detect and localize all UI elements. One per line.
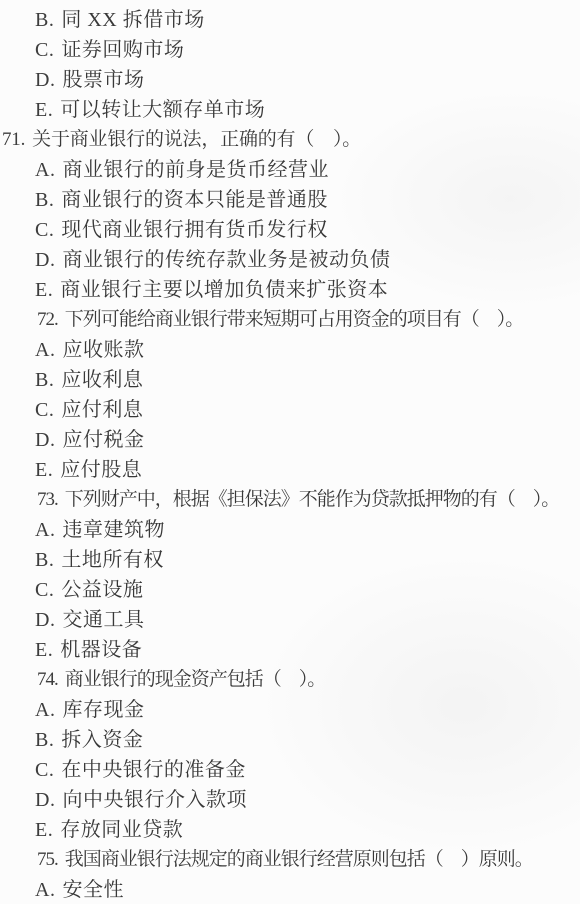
question-text: 下列可能给商业银行带来短期可占用资金的项目有（ ）。 [65, 309, 524, 330]
option-text: 应收利息 [61, 369, 143, 391]
option-text: 应收账款 [62, 339, 144, 361]
q74-option-C: C.在中央银行的准备金 [0, 755, 580, 785]
question-72-stem: 72.下列可能给商业银行带来短期可占用资金的项目有（ ）。 [0, 305, 580, 335]
question-number: 72. [37, 309, 58, 330]
q71-option-E: E.商业银行主要以增加负债来扩张资本 [0, 275, 580, 305]
q71-option-B: B.商业银行的资本只能是普通股 [0, 185, 580, 215]
option-label: B. [35, 369, 54, 391]
q73-option-C: C.公益设施 [0, 575, 580, 605]
option-text: 现代商业银行拥有货币发行权 [61, 219, 328, 241]
option-text: 库存现金 [62, 699, 144, 721]
option-label: E. [35, 459, 53, 481]
option-text: 违章建筑物 [62, 519, 165, 541]
question-number: 73. [37, 489, 58, 510]
option-label: B. [35, 729, 54, 751]
question-number: 71. [2, 129, 25, 150]
question-number: 74. [37, 669, 58, 690]
option-text: 存放同业贷款 [60, 819, 183, 841]
option-label: A. [35, 879, 55, 901]
option-text: 商业银行的传统存款业务是被动负债 [62, 249, 390, 271]
option-label: C. [35, 39, 54, 61]
option-text: 应付利息 [61, 399, 143, 421]
option-text: 向中央银行介入款项 [62, 789, 247, 811]
q74-option-B: B.拆入资金 [0, 725, 580, 755]
q71-option-A: A.商业银行的前身是货币经营业 [0, 155, 580, 185]
option-text: 交通工具 [62, 609, 144, 631]
q70-option-E: E.可以转让大额存单市场 [0, 95, 580, 125]
question-74-stem: 74.商业银行的现金资产包括（ ）。 [0, 665, 580, 695]
option-label: A. [35, 699, 55, 721]
option-label: E. [35, 279, 53, 301]
option-text: 在中央银行的准备金 [61, 759, 246, 781]
option-label: E. [35, 99, 53, 121]
q72-option-B: B.应收利息 [0, 365, 580, 395]
option-label: A. [35, 519, 55, 541]
question-text: 关于商业银行的说法，正确的有（ ）。 [32, 129, 361, 150]
option-text: 商业银行的资本只能是普通股 [61, 189, 328, 211]
option-text: 土地所有权 [61, 549, 164, 571]
option-label: E. [35, 819, 53, 841]
q74-option-E: E.存放同业贷款 [0, 815, 580, 845]
question-text: 下列财产中，根据《担保法》不能作为贷款抵押物的有（ ）。 [65, 489, 560, 510]
question-text: 商业银行的现金资产包括（ ）。 [65, 669, 326, 690]
option-label: D. [35, 249, 55, 271]
question-number: 75. [37, 849, 58, 870]
q73-option-B: B.土地所有权 [0, 545, 580, 575]
question-text: 我国商业银行法规定的商业银行经营原则包括（ ）原则。 [65, 849, 533, 870]
option-label: C. [35, 399, 54, 421]
option-label: D. [35, 789, 55, 811]
option-label: C. [35, 759, 54, 781]
question-75-stem: 75.我国商业银行法规定的商业银行经营原则包括（ ）原则。 [0, 845, 580, 875]
q71-option-D: D.商业银行的传统存款业务是被动负债 [0, 245, 580, 275]
q73-option-E: E.机器设备 [0, 635, 580, 665]
option-text: 公益设施 [61, 579, 143, 601]
option-label: A. [35, 159, 55, 181]
question-73-stem: 73.下列财产中，根据《担保法》不能作为贷款抵押物的有（ ）。 [0, 485, 580, 515]
option-text: 应付股息 [60, 459, 142, 481]
option-text: 证券回购市场 [61, 39, 184, 61]
q72-option-D: D.应付税金 [0, 425, 580, 455]
option-label: D. [35, 429, 55, 451]
q72-option-E: E.应付股息 [0, 455, 580, 485]
option-label: D. [35, 609, 55, 631]
option-label: D. [35, 69, 55, 91]
q70-option-D: D.股票市场 [0, 65, 580, 95]
option-text: 安全性 [62, 879, 124, 901]
q72-option-C: C.应付利息 [0, 395, 580, 425]
q74-option-D: D.向中央银行介入款项 [0, 785, 580, 815]
option-text: 商业银行主要以增加负债来扩张资本 [60, 279, 388, 301]
option-label: B. [35, 9, 54, 31]
option-text: 可以转让大额存单市场 [60, 99, 265, 121]
exam-page: B.同 XX 拆借市场 C.证券回购市场 D.股票市场 E.可以转让大额存单市场… [0, 0, 580, 904]
option-text: 拆入资金 [61, 729, 143, 751]
option-text: 同 XX 拆借市场 [61, 9, 204, 31]
q73-option-D: D.交通工具 [0, 605, 580, 635]
option-label: C. [35, 219, 54, 241]
option-text: 商业银行的前身是货币经营业 [62, 159, 329, 181]
question-71-stem: 71.关于商业银行的说法，正确的有（ ）。 [0, 125, 580, 155]
q70-option-B: B.同 XX 拆借市场 [0, 5, 580, 35]
option-label: B. [35, 189, 54, 211]
q72-option-A: A.应收账款 [0, 335, 580, 365]
option-label: B. [35, 549, 54, 571]
option-label: E. [35, 639, 53, 661]
q70-option-C: C.证券回购市场 [0, 35, 580, 65]
option-label: A. [35, 339, 55, 361]
option-text: 机器设备 [60, 639, 142, 661]
option-text: 股票市场 [62, 69, 144, 91]
q71-option-C: C.现代商业银行拥有货币发行权 [0, 215, 580, 245]
q75-option-A: A.安全性 [0, 875, 580, 904]
option-text: 应付税金 [62, 429, 144, 451]
q74-option-A: A.库存现金 [0, 695, 580, 725]
option-label: C. [35, 579, 54, 601]
q73-option-A: A.违章建筑物 [0, 515, 580, 545]
